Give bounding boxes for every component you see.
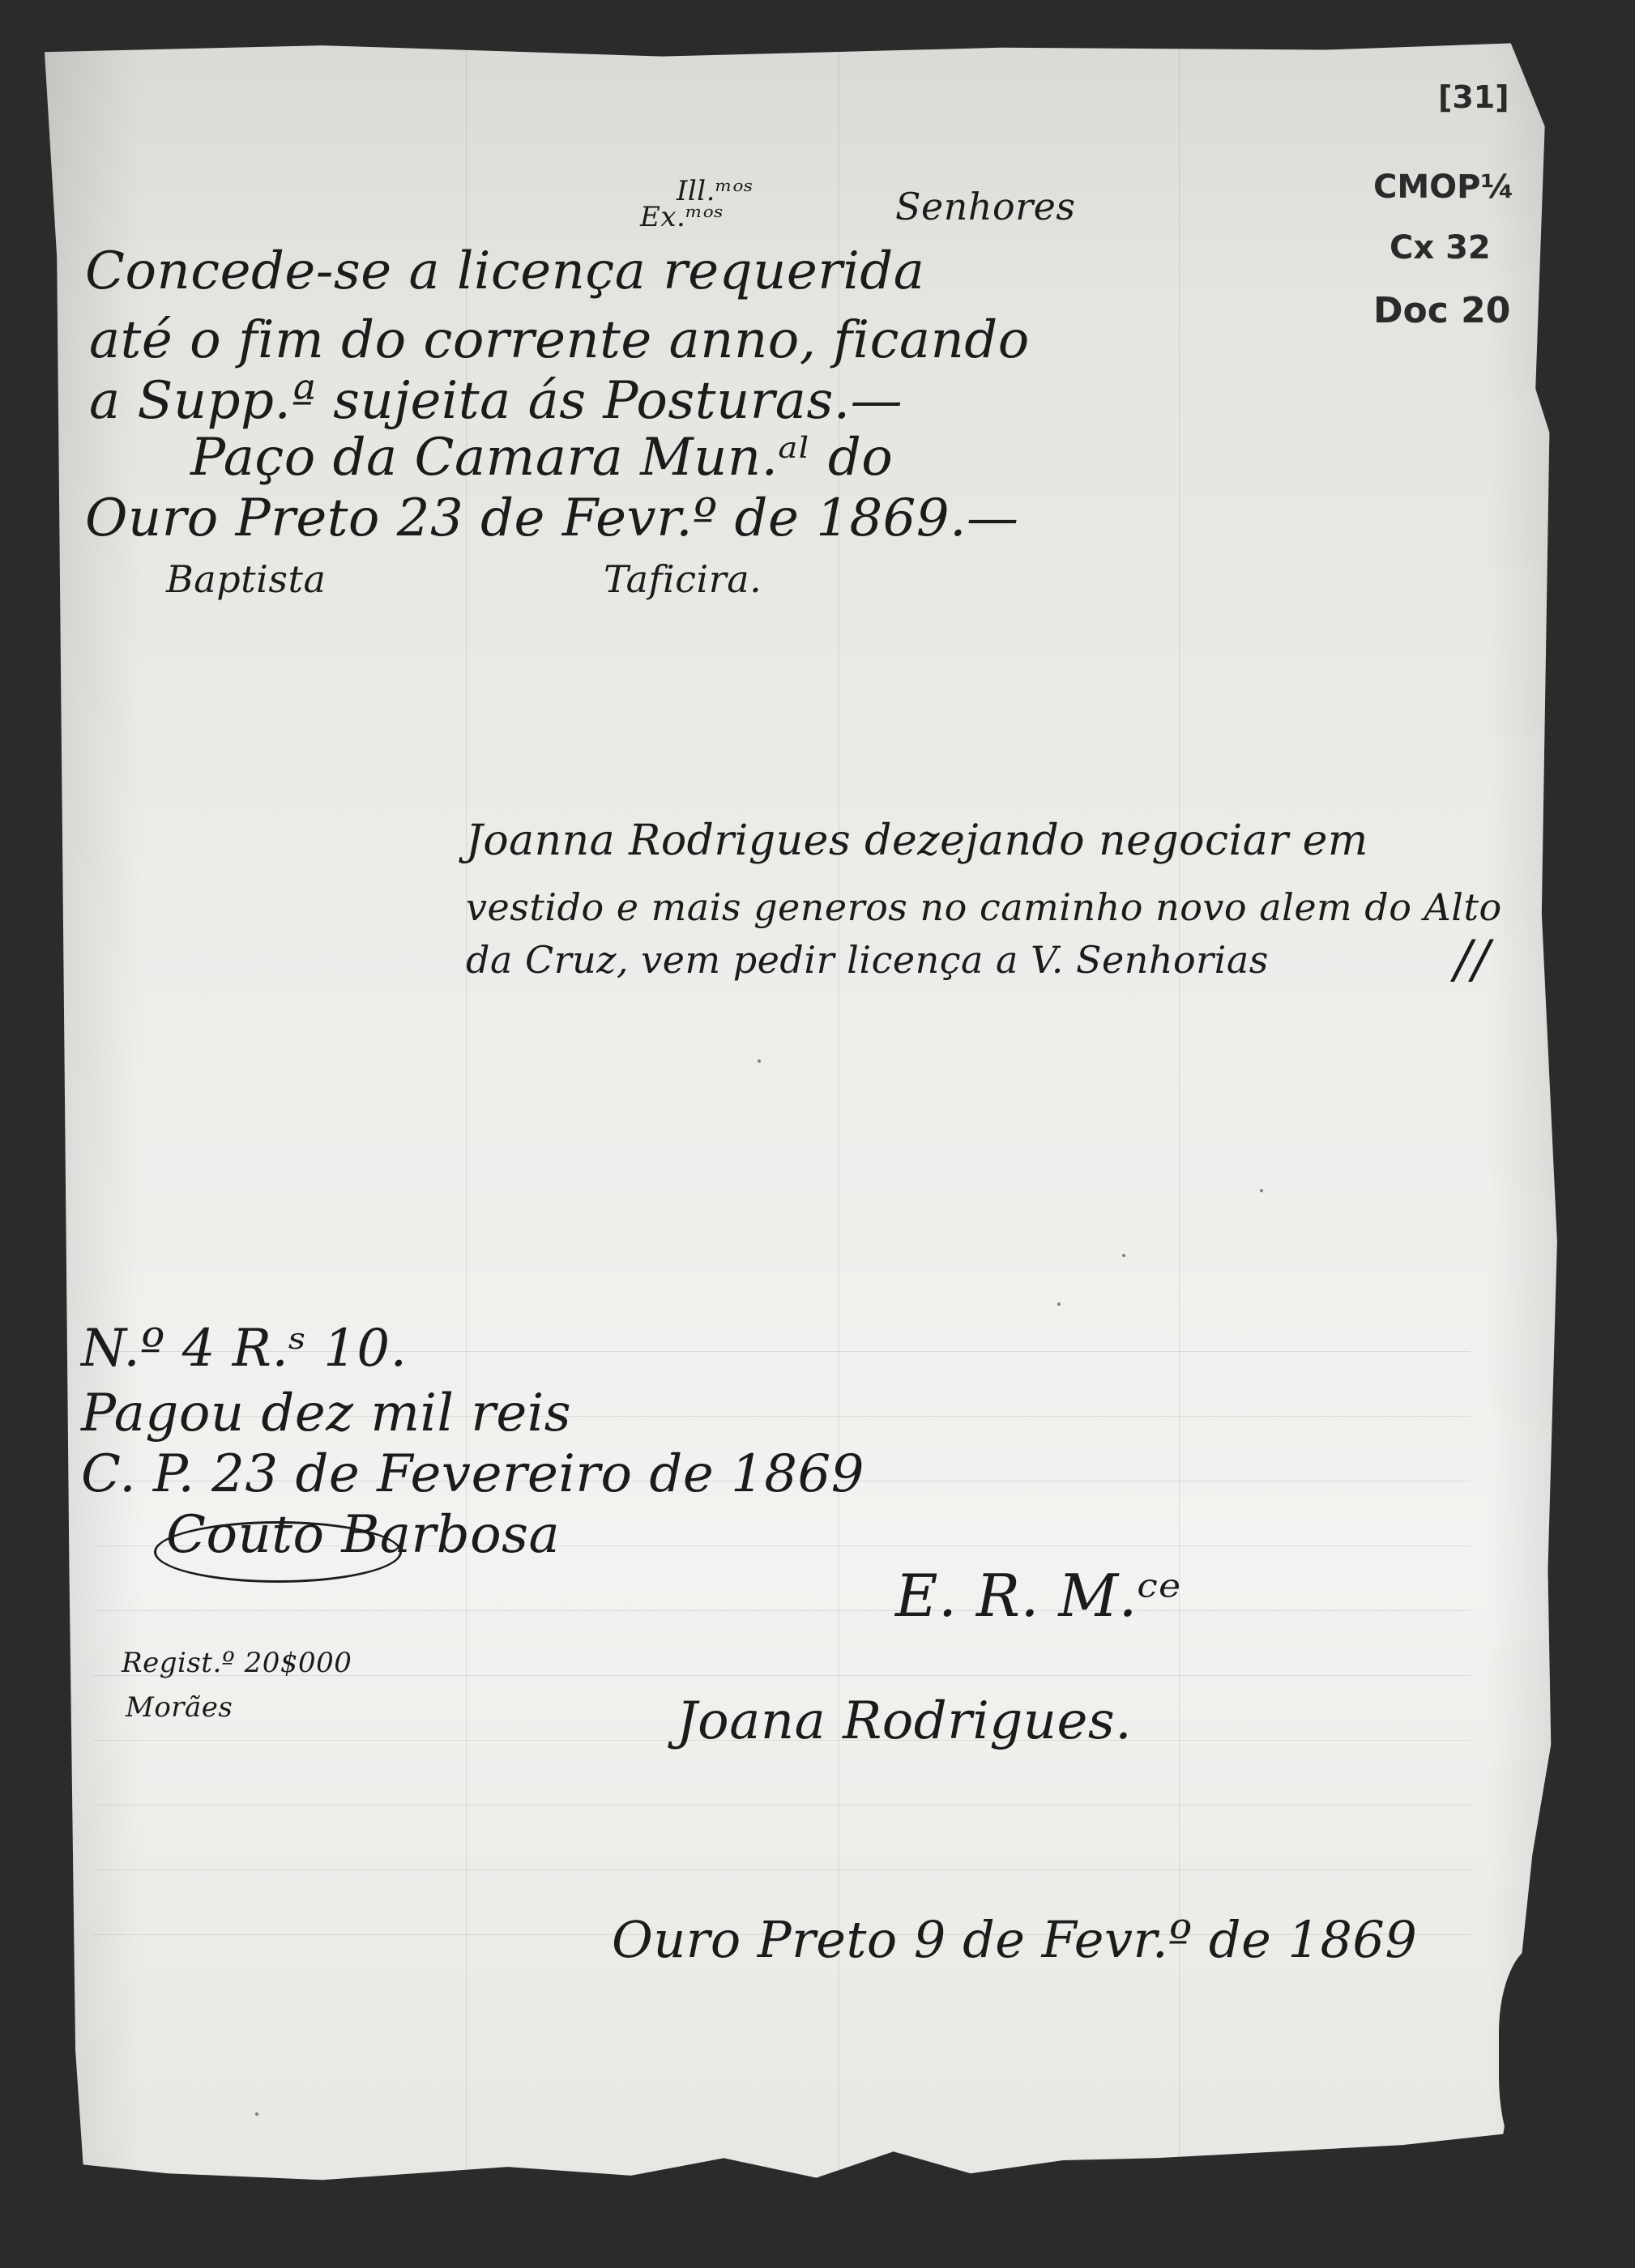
registry-line-2: Morães — [126, 1691, 233, 1724]
box-mark: Cx 32 — [1390, 229, 1491, 266]
ruled-line — [93, 1805, 1471, 1805]
receipt-line-3: C. P. 23 de Fevereiro de 1869 — [81, 1444, 864, 1504]
paper-sheet: [31] CMOP¼ Cx 32 Doc 20 Ill.ᵐᵒˢ Ex.ᵐᵒˢ S… — [45, 39, 1588, 2226]
decree-line-2: até o fim do corrente anno, ficando — [89, 310, 1030, 370]
petitioner-signature: Joana Rodrigues. — [677, 1691, 1132, 1751]
decree-signature-baptista: Baptista — [166, 557, 326, 601]
closing-formula: E. R. M.ᶜᵉ — [895, 1562, 1181, 1630]
decree-line-1: Concede-se a licença requerida — [85, 241, 924, 301]
registry-line-1: Regist.º 20$000 — [122, 1647, 352, 1679]
salutation-exmos: Ex.ᵐᵒˢ — [640, 201, 724, 233]
decree-signature-taficira: Taficira. — [604, 557, 762, 601]
paper-speck — [1122, 1254, 1125, 1257]
signature-flourish — [154, 1521, 402, 1583]
receipt-line-1: N.º 4 R.ˢ 10. — [81, 1319, 407, 1379]
decree-line-5: Ouro Preto 23 de Fevr.º de 1869.— — [85, 488, 1018, 548]
paper-speck — [1057, 1302, 1061, 1306]
collection-mark: CMOP¼ — [1373, 168, 1514, 206]
folio-number: [31] — [1438, 79, 1509, 115]
torn-edge — [1499, 1944, 1612, 2187]
line-end-mark: // — [1454, 930, 1490, 990]
salutation-senhores: Senhores — [895, 185, 1076, 228]
decree-line-4: Paço da Camara Mun.ᵃˡ do — [190, 428, 893, 488]
paper-speck — [1260, 1189, 1263, 1192]
doc-mark: Doc 20 — [1373, 290, 1510, 331]
fold-line — [1179, 39, 1180, 2226]
receipt-line-2: Pagou dez mil reis — [81, 1383, 571, 1443]
document-scan: [31] CMOP¼ Cx 32 Doc 20 Ill.ᵐᵒˢ Ex.ᵐᵒˢ S… — [0, 0, 1635, 2268]
paper-speck — [255, 2112, 258, 2116]
petition-line-2: vestido e mais generos no caminho novo a… — [466, 885, 1502, 929]
ruled-line — [93, 1869, 1471, 1870]
paper-speck — [758, 1059, 761, 1063]
petition-line-3: da Cruz, vem pedir licença a V. Senhoria… — [466, 938, 1269, 982]
ruled-line — [93, 1610, 1471, 1611]
decree-line-3: a Supp.ª sujeita ás Posturas.— — [89, 371, 903, 431]
dateline: Ouro Preto 9 de Fevr.º de 1869 — [612, 1910, 1417, 1969]
petition-line-1: Joanna Rodrigues dezejando negociar em — [466, 816, 1368, 865]
